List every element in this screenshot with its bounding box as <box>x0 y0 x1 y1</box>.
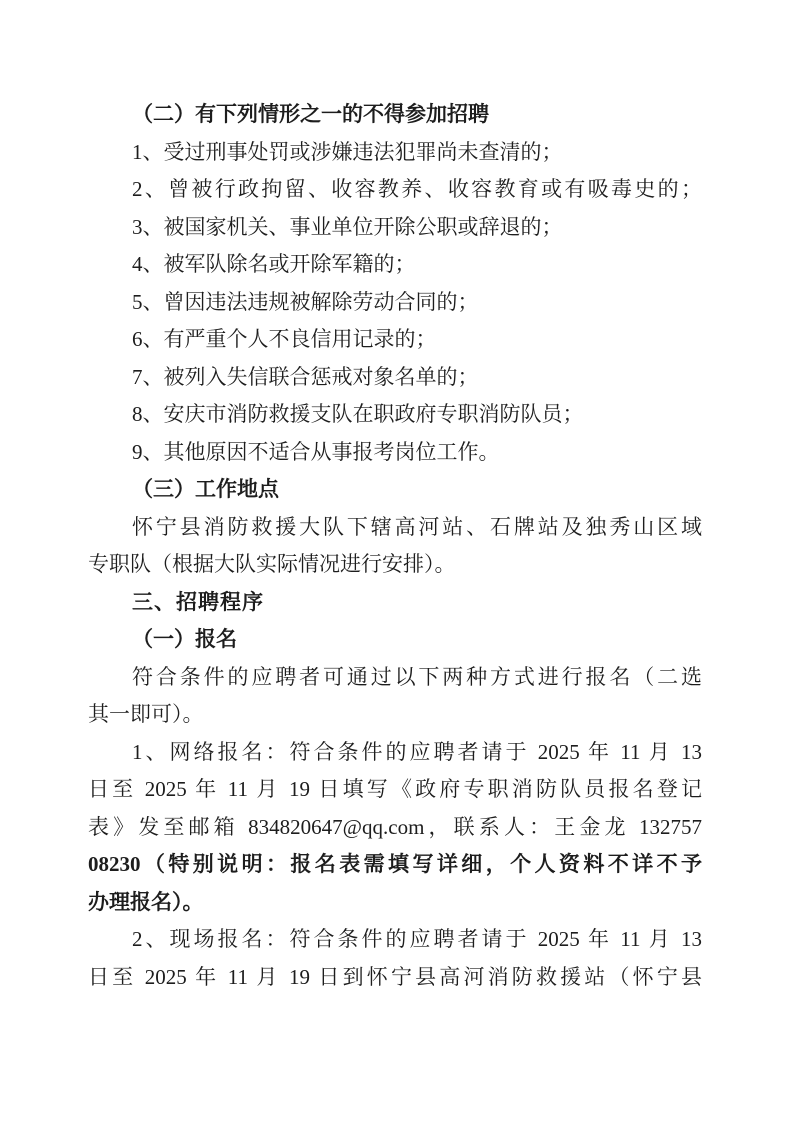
paragraph-line: 2、现场报名：符合条件的应聘者请于 2025 年 11 月 13 <box>88 921 702 959</box>
paragraph-line: 表》发至邮箱 834820647@qq.com，联系人：王金龙 132757 <box>88 809 702 847</box>
paragraph-line-emphasis: 08230（特别说明：报名表需填写详细，个人资料不详不予 <box>88 846 702 884</box>
paragraph-line: 1、网络报名：符合条件的应聘者请于 2025 年 11 月 13 <box>88 734 702 772</box>
document-body: （二）有下列情形之一的不得参加招聘 1、受过刑事处罚或涉嫌违法犯罪尚未查清的； … <box>88 96 702 996</box>
list-item: 8、安庆市消防救援支队在职政府专职消防队员； <box>88 396 702 434</box>
document-page: （二）有下列情形之一的不得参加招聘 1、受过刑事处罚或涉嫌违法犯罪尚未查清的； … <box>0 0 793 1122</box>
paragraph-line: 其一即可）。 <box>88 696 702 734</box>
paragraph-line-emphasis: 办理报名）。 <box>88 884 702 922</box>
paragraph-line: 日至 2025 年 11 月 19 日填写《政府专职消防队员报名登记 <box>88 771 702 809</box>
list-item: 9、其他原因不适合从事报考岗位工作。 <box>88 434 702 472</box>
list-item: 3、被国家机关、事业单位开除公职或辞退的； <box>88 209 702 247</box>
paragraph-line: 日至 2025 年 11 月 19 日到怀宁县高河消防救援站（怀宁县 <box>88 959 702 997</box>
list-item: 2、曾被行政拘留、收容教养、收容教育或有吸毒史的； <box>88 171 702 209</box>
section-heading: （三）工作地点 <box>88 471 702 509</box>
section-heading: （一）报名 <box>88 621 702 659</box>
list-item: 4、被军队除名或开除军籍的； <box>88 246 702 284</box>
paragraph-line: 怀宁县消防救援大队下辖高河站、石牌站及独秀山区域 <box>88 509 702 547</box>
list-item: 1、受过刑事处罚或涉嫌违法犯罪尚未查清的； <box>88 134 702 172</box>
list-item: 5、曾因违法违规被解除劳动合同的； <box>88 284 702 322</box>
section-heading: 三、招聘程序 <box>88 584 702 622</box>
section-heading: （二）有下列情形之一的不得参加招聘 <box>88 96 702 134</box>
paragraph-line: 专职队（根据大队实际情况进行安排）。 <box>88 546 702 584</box>
list-item: 7、被列入失信联合惩戒对象名单的； <box>88 359 702 397</box>
list-item: 6、有严重个人不良信用记录的； <box>88 321 702 359</box>
paragraph-line: 符合条件的应聘者可通过以下两种方式进行报名（二选 <box>88 659 702 697</box>
